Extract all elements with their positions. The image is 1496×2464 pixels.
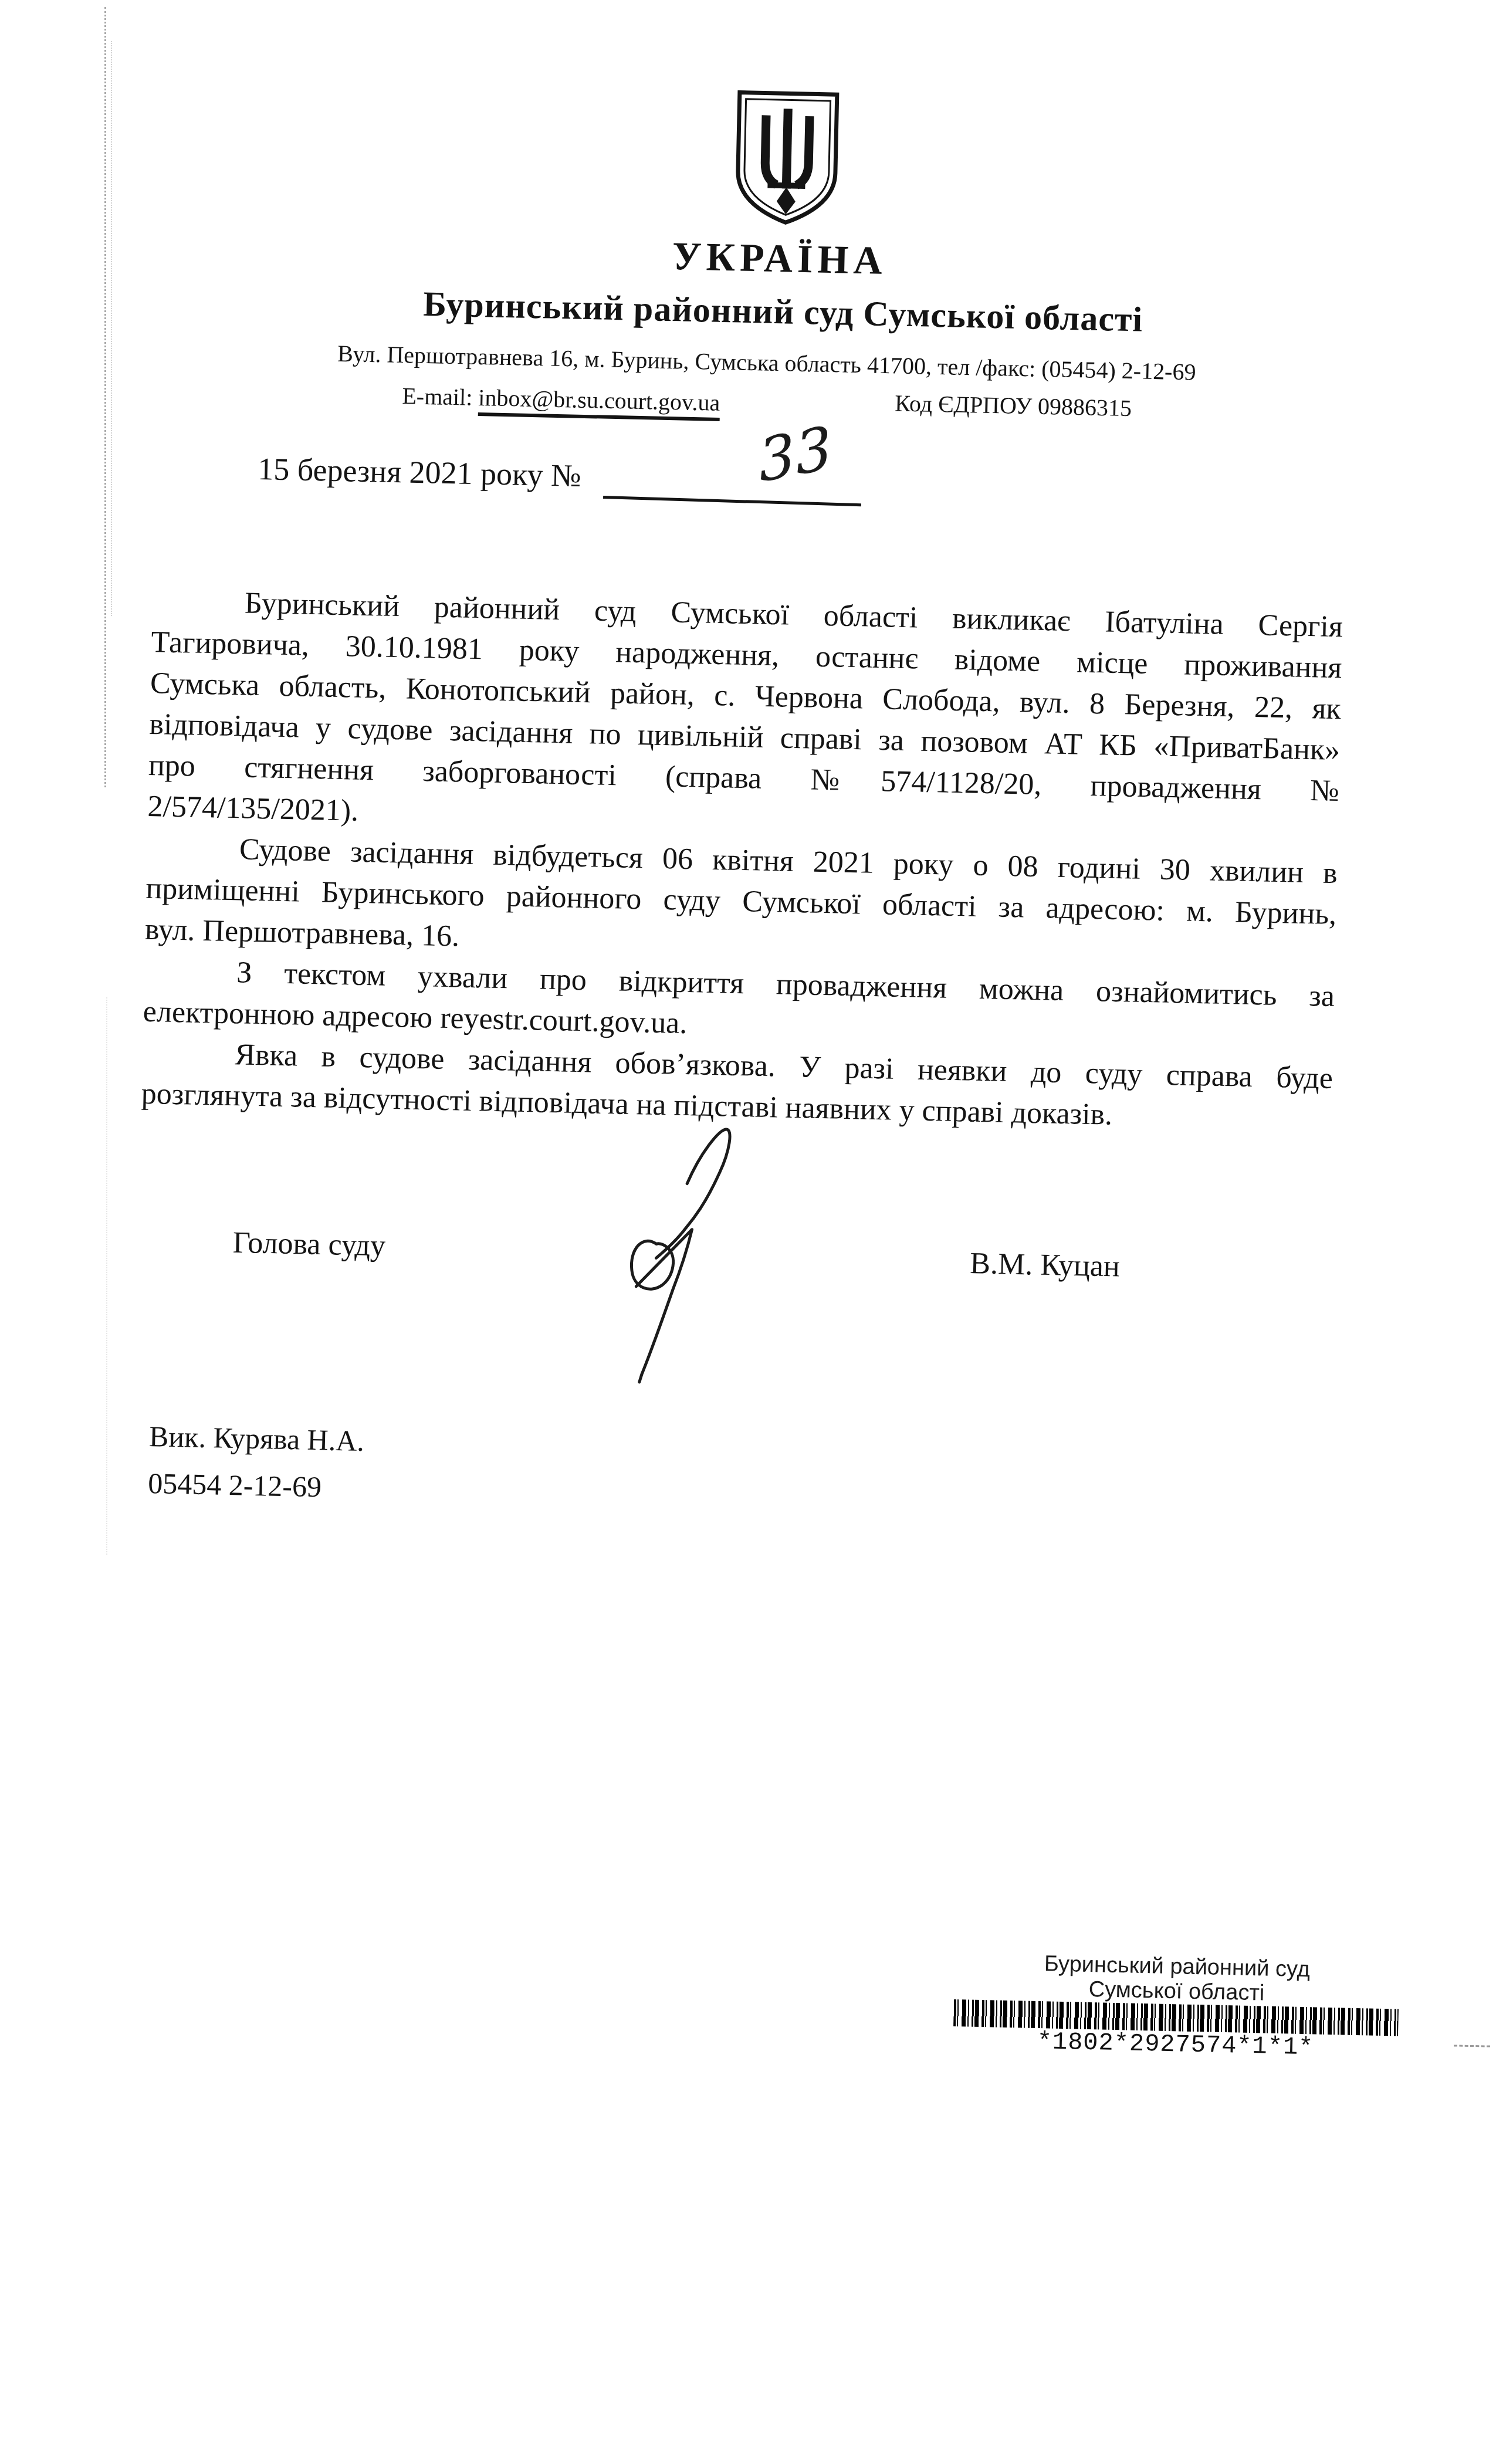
executor-phone: 05454 2-12-69 bbox=[148, 1460, 364, 1511]
email-address: inbox@br.su.court.gov.ua bbox=[478, 384, 720, 421]
footer-barcode-stamp: Буринський районний суд Сумської області… bbox=[953, 1949, 1400, 2063]
summons-body-text: Буринський районний суд Сумської області… bbox=[141, 581, 1343, 1140]
letterhead: УКРАЇНА Буринський районний суд Сумської… bbox=[0, 0, 1495, 490]
signer-name: В.М. Куцан bbox=[970, 1246, 1121, 1284]
email-label: E-mail: bbox=[402, 383, 473, 411]
executor-name: Вик. Курява Н.А. bbox=[148, 1413, 365, 1464]
scan-edge-dash bbox=[1454, 2045, 1490, 2047]
scanned-court-summons-document: УКРАЇНА Буринський районний суд Сумської… bbox=[0, 0, 1496, 2464]
handwritten-signature bbox=[594, 1116, 794, 1402]
executor-block: Вик. Курява Н.А. 05454 2-12-69 bbox=[148, 1413, 365, 1511]
edrpou-code: Код ЄДРПОУ 09886315 bbox=[895, 389, 1132, 422]
date-and-number-line: 15 березня 2021 року № 33 bbox=[256, 451, 1079, 574]
handwritten-document-number: 33 bbox=[756, 413, 835, 496]
signer-title: Голова суду bbox=[232, 1226, 386, 1264]
email-row: E-mail: inbox@br.su.court.gov.ua bbox=[402, 382, 720, 417]
date-line-text: 15 березня 2021 року № bbox=[258, 451, 582, 493]
country-title: УКРАЇНА bbox=[656, 233, 903, 285]
coat-of-arms-ukraine-icon bbox=[733, 89, 841, 227]
